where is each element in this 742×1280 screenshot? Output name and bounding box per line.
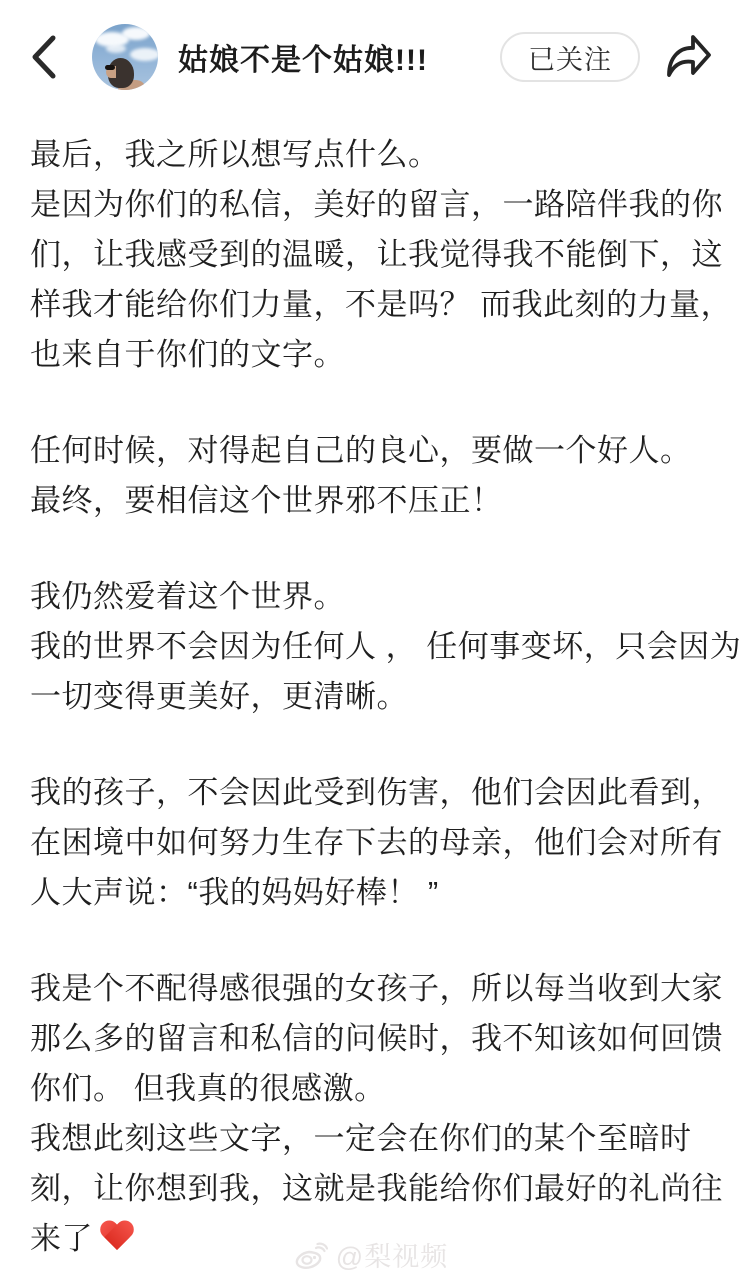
avatar-cloud <box>106 44 126 53</box>
avatar-cloud <box>130 48 158 61</box>
chevron-left-icon <box>30 34 58 80</box>
post-text-line: 最终，要相信这个世界邪不压正！ <box>30 476 712 526</box>
back-button[interactable] <box>30 33 64 81</box>
post-text-line: 你们。 但我真的很感激。 <box>30 1064 712 1114</box>
share-arrow-icon <box>663 33 713 81</box>
post-content: 最后，我之所以想写点什么。是因为你们的私信，美好的留言，一路陪伴我的你们，让我感… <box>0 100 742 1264</box>
share-button[interactable] <box>662 31 714 83</box>
post-text-line: 我是个不配得感很强的女孩子，所以每当收到大家 <box>30 964 712 1014</box>
follow-button[interactable]: 已关注 <box>500 32 640 82</box>
post-text-line: 我想此刻这些文字，一定会在你们的某个至暗时 <box>30 1114 712 1164</box>
avatar[interactable] <box>92 24 158 90</box>
post-text-line: 样我才能给你们力量，不是吗？ 而我此刻的力量， <box>30 280 712 330</box>
post-text-line: 最后，我之所以想写点什么。 <box>30 130 712 180</box>
post-text-line: 那么多的留言和私信的问候时，我不知该如何回馈 <box>30 1014 712 1064</box>
post-paragraph: 最后，我之所以想写点什么。是因为你们的私信，美好的留言，一路陪伴我的你们，让我感… <box>30 130 712 380</box>
post-text-line: 我的孩子，不会因此受到伤害，他们会因此看到， <box>30 768 712 818</box>
post-text-line: 人大声说：“我的妈妈好棒！ ” <box>30 868 712 918</box>
post-paragraph: 任何时候，对得起自己的良心，要做一个好人。最终，要相信这个世界邪不压正！ <box>30 426 712 526</box>
post-text-line: 一切变得更美好，更清晰。 <box>30 672 712 722</box>
post-text-line: 们，让我感受到的温暖，让我觉得我不能倒下，这 <box>30 230 712 280</box>
username[interactable]: 姑娘不是个姑娘!!! <box>178 35 500 79</box>
post-text-line: 我仍然爱着这个世界。 <box>30 572 712 622</box>
post-text-line: 刻，让你想到我，这就是我能给你们最好的礼尚往 <box>30 1164 712 1214</box>
avatar-sunglasses <box>105 65 115 70</box>
post-text-line: 也来自于你们的文字。 <box>30 330 712 380</box>
post-text-line: 是因为你们的私信，美好的留言，一路陪伴我的你 <box>30 180 712 230</box>
post-text-line: 我的世界不会因为任何人 ， 任何事变坏，只会因为 <box>30 622 712 672</box>
avatar-cloud <box>122 27 150 40</box>
post-paragraph: 我仍然爱着这个世界。我的世界不会因为任何人 ， 任何事变坏，只会因为一切变得更美… <box>30 572 712 722</box>
post-text-line: 任何时候，对得起自己的良心，要做一个好人。 <box>30 426 712 476</box>
post-paragraph: 我是个不配得感很强的女孩子，所以每当收到大家那么多的留言和私信的问候时，我不知该… <box>30 964 712 1264</box>
post-header: 姑娘不是个姑娘!!! 已关注 <box>0 0 742 100</box>
post-text-line: 在困境中如何努力生存下去的母亲，他们会对所有 <box>30 818 712 868</box>
post-text-line: 来了 <box>30 1214 712 1264</box>
red-heart-emoji <box>99 1221 135 1253</box>
post-paragraph: 我的孩子，不会因此受到伤害，他们会因此看到，在困境中如何努力生存下去的母亲，他们… <box>30 768 712 918</box>
